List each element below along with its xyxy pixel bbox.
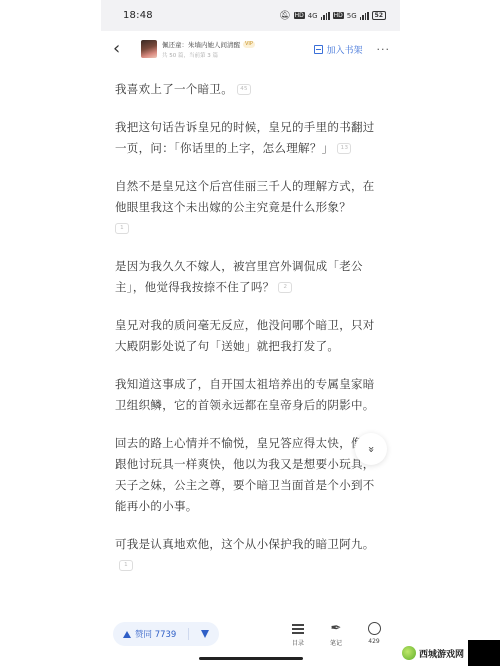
watermark-text: 西城游戏网	[419, 647, 464, 660]
vip-badge: VIP	[243, 41, 255, 48]
toc-label: 目录	[292, 638, 304, 647]
paragraph-comment-count[interactable]: 1	[119, 560, 133, 571]
double-chevron-down-icon: »	[364, 446, 377, 453]
mute-icon: 🔕︎	[279, 11, 290, 21]
notes-label: 笔记	[330, 638, 342, 647]
upvote-label: 赞同 7739	[135, 628, 176, 640]
paragraph-comment-count[interactable]: 45	[237, 84, 251, 95]
paragraph: 回去的路上心情并不愉悦，皇兄答应得太快，像我跟他讨玩具一样爽快，他以为我又是想要…	[115, 433, 386, 517]
pen-icon: ✒︎	[328, 622, 344, 636]
reader-nav-bar: ‹ 佩还童：朱墙内她人间清醒 VIP 共 50 篇，当前第 3 篇 加入书架 ·…	[101, 31, 400, 67]
signal-icon-2	[360, 12, 369, 20]
paragraph: 自然不是皇兄这个后宫佳丽三千人的理解方式，在他眼里我这个未出嫁的公主究竟是什么形…	[115, 176, 386, 239]
bookshelf-icon	[314, 45, 323, 54]
watermark-logo-icon	[402, 646, 416, 660]
paragraph-comment-count[interactable]: 2	[278, 282, 292, 293]
paragraph: 我知道这事成了，自开国太祖培养出的专属皇家暗卫组织鳞，它的首领永远都在皇帝身后的…	[115, 374, 386, 416]
book-info[interactable]: 佩还童：朱墙内她人间清醒 VIP 共 50 篇，当前第 3 篇	[162, 40, 314, 59]
book-progress: 共 50 篇，当前第 3 篇	[162, 51, 314, 59]
phone-screen: 18:48 🔕︎ HD 4G HD 5G 52 ‹ 佩还童：朱墙内她人间清醒 V…	[101, 0, 400, 666]
paragraph-comment-count[interactable]: 1	[115, 223, 129, 234]
watermark: 西城游戏网	[398, 640, 500, 666]
comments-button[interactable]: 429	[366, 622, 382, 647]
status-time: 18:48	[123, 10, 153, 21]
status-bar: 18:48 🔕︎ HD 4G HD 5G 52	[101, 0, 400, 31]
vote-pill: 赞同 7739	[113, 622, 219, 646]
comments-count: 429	[368, 638, 379, 645]
hd-icon-2: HD	[333, 12, 344, 19]
paragraph: 是因为我久久不嫁人，被宫里宫外调侃成「老公主」，他觉得我按捺不住了吗？2	[115, 256, 386, 298]
scroll-down-button[interactable]: »	[355, 433, 387, 465]
home-indicator[interactable]	[199, 657, 303, 660]
paragraph: 我喜欢上了一个暗卫。45	[115, 79, 386, 100]
article-content: 我喜欢上了一个暗卫。45 我把这句话告诉皇兄的时候，皇兄的手里的书翻过一页，问：…	[101, 67, 400, 576]
more-options-button[interactable]: ···	[377, 43, 391, 56]
back-button[interactable]: ‹	[113, 40, 131, 58]
paragraph: 可我是认真地欢他，这个从小保护我的暗卫阿九。1	[115, 534, 386, 576]
notes-button[interactable]: ✒︎ 笔记	[328, 622, 344, 647]
comment-icon	[366, 622, 382, 636]
network-type-2: 5G	[347, 12, 357, 20]
menu-icon	[290, 622, 306, 636]
add-to-shelf-button[interactable]: 加入书架	[314, 43, 362, 56]
bottom-toolbar: 赞同 7739 目录 ✒︎ 笔记 429	[101, 610, 400, 666]
status-icons: 🔕︎ HD 4G HD 5G 52	[279, 11, 386, 21]
toc-button[interactable]: 目录	[290, 622, 306, 647]
upvote-arrow-icon	[123, 631, 131, 638]
reader-tools: 目录 ✒︎ 笔记 429	[290, 622, 382, 647]
signal-icon	[321, 12, 330, 20]
vote-divider	[188, 628, 189, 640]
battery-icon: 52	[372, 11, 386, 20]
network-type-1: 4G	[308, 12, 318, 20]
paragraph-comment-count[interactable]: 13	[337, 143, 351, 154]
hd-icon: HD	[294, 12, 305, 19]
add-to-shelf-label: 加入书架	[326, 43, 362, 56]
downvote-button[interactable]	[201, 630, 209, 638]
upvote-button[interactable]: 赞同 7739	[123, 628, 176, 640]
book-title: 佩还童：朱墙内她人间清醒	[162, 40, 240, 49]
book-cover-image[interactable]	[141, 40, 157, 58]
paragraph: 我把这句话告诉皇兄的时候，皇兄的手里的书翻过一页，问：「你话里的上字，怎么理解？…	[115, 117, 386, 159]
paragraph: 皇兄对我的质问毫无反应，他没问哪个暗卫，只对大殿阴影处说了句「送她」就把我打发了…	[115, 315, 386, 357]
